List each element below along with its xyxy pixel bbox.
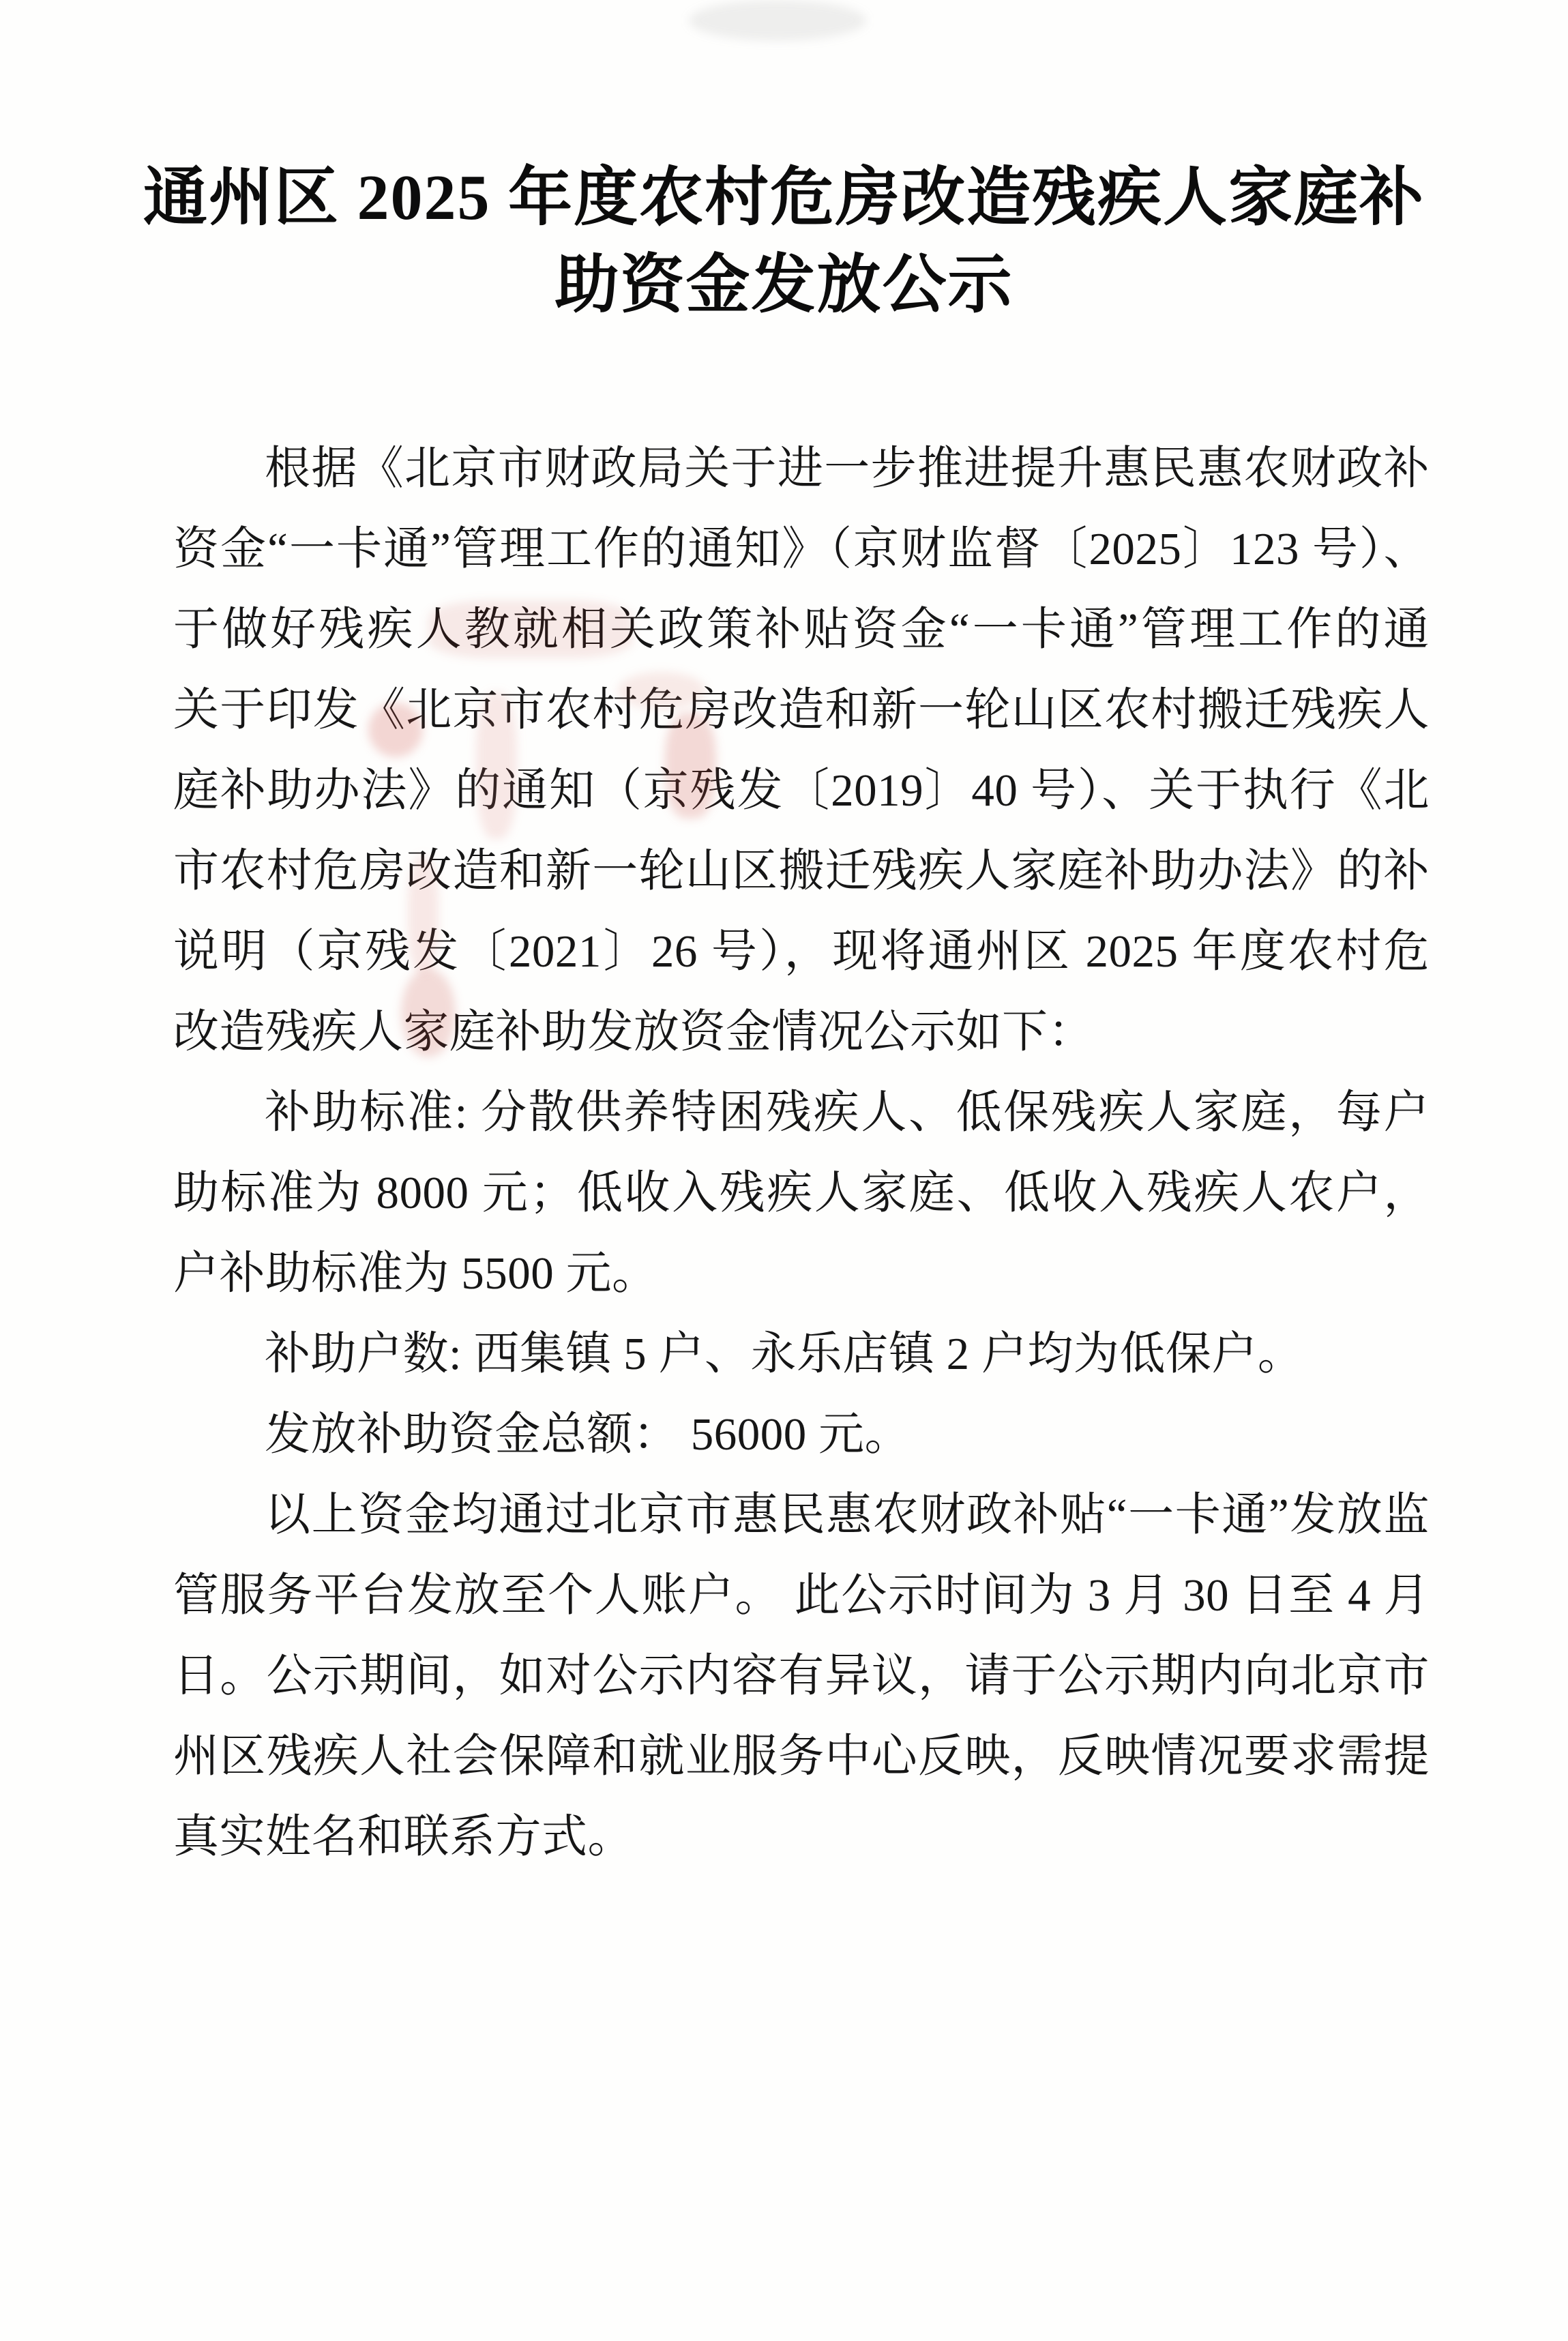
body-line-5: 庭补助办法》的通知（京残发〔2019〕40 号）、关于执行《北京 xyxy=(173,750,1430,831)
body-line-14: 以上资金均通过北京市惠民惠农财政补贴“一卡通”发放监 xyxy=(173,1475,1430,1555)
body-line-11: 户补助标准为 5500 元。 xyxy=(173,1233,1430,1314)
body-line-2: 资金“一卡通”管理工作的通知》（京财监督〔2025〕123 号）、《关 xyxy=(173,509,1430,589)
document-page: 通州区 2025 年度农村危房改造残疾人家庭补 助资金发放公示 根据《北京市财政… xyxy=(0,0,1568,2341)
title-line-1: 通州区 2025 年度农村危房改造残疾人家庭补 xyxy=(0,154,1568,241)
body-line-7: 说明（京残发〔2021〕26 号），现将通州区 2025 年度农村危房 xyxy=(173,911,1430,992)
scan-smudge-gray xyxy=(689,0,866,41)
body-line-4: 关于印发《北京市农村危房改造和新一轮山区农村搬迁残疾人家 xyxy=(173,670,1430,750)
body-line-10: 助标准为 8000 元；低收入残疾人家庭、低收入残疾人农户，每 xyxy=(173,1153,1430,1233)
body-line-15: 管服务平台发放至个人账户。 此公示时间为 3 月 30 日至 4 月 1 xyxy=(173,1555,1430,1636)
body-line-18: 真实姓名和联系方式。 xyxy=(173,1797,1430,1877)
body-line-3: 于做好残疾人教就相关政策补贴资金“一卡通”管理工作的通知》 xyxy=(173,589,1430,670)
body-line-13: 发放补助资金总额： 56000 元。 xyxy=(173,1394,1430,1475)
body-line-6: 市农村危房改造和新一轮山区搬迁残疾人家庭补助办法》的补充 xyxy=(173,831,1430,911)
body-line-9: 补助标准: 分散供养特困残疾人、低保残疾人家庭，每户补 xyxy=(173,1072,1430,1153)
document-body: 根据《北京市财政局关于进一步推进提升惠民惠农财政补贴 资金“一卡通”管理工作的通… xyxy=(173,428,1430,1877)
body-line-1: 根据《北京市财政局关于进一步推进提升惠民惠农财政补贴 xyxy=(173,428,1430,509)
body-line-16: 日。公示期间，如对公示内容有异议，请于公示期内向北京市通 xyxy=(173,1636,1430,1716)
body-line-17: 州区残疾人社会保障和就业服务中心反映，反映情况要求需提供 xyxy=(173,1716,1430,1797)
body-line-12: 补助户数: 西集镇 5 户、永乐店镇 2 户均为低保户。 xyxy=(173,1314,1430,1394)
body-line-8: 改造残疾人家庭补助发放资金情况公示如下： xyxy=(173,992,1430,1072)
title-line-2: 助资金发放公示 xyxy=(0,241,1568,329)
document-title: 通州区 2025 年度农村危房改造残疾人家庭补 助资金发放公示 xyxy=(0,154,1568,329)
